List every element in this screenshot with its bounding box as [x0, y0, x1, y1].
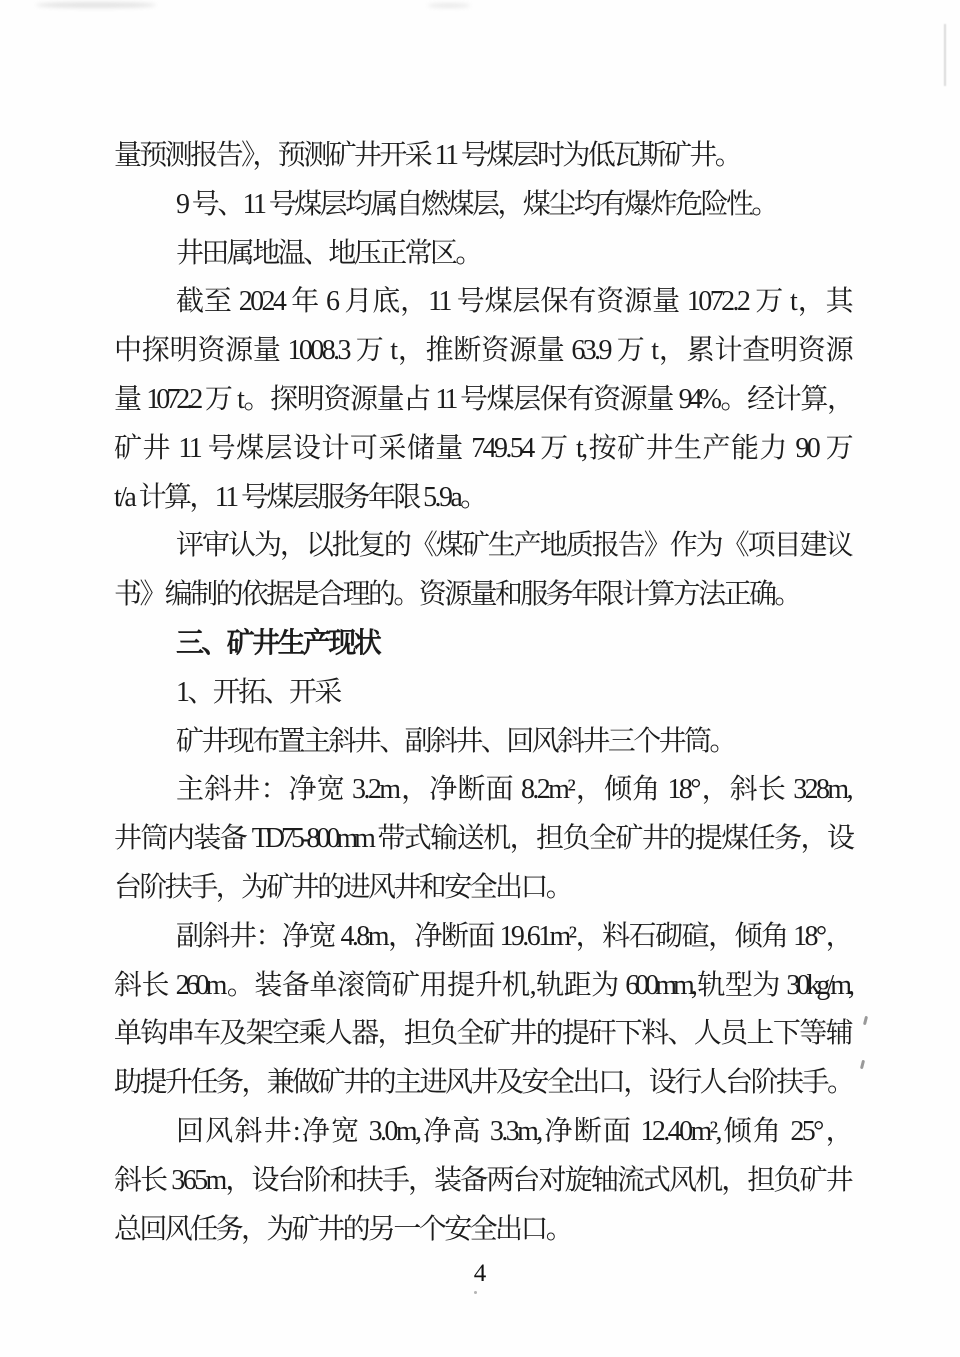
- text-line: 助提升任务，兼做矿井的主进风井及安全出口，设行人台阶扶手。: [114, 1059, 851, 1108]
- text-line: 矿井 11 号煤层设计可采储量 749.54 万 t,按矿井生产能力 90 万: [114, 425, 851, 474]
- text-line: 斜长 260m。装备单滚筒矿用提升机,轨距为 600mm,轨型为 30kg/m,: [114, 962, 851, 1011]
- text-line: 井田属地温、地压正常区。: [114, 230, 851, 279]
- section-heading: 三、矿井生产现状: [114, 620, 851, 669]
- text-line: 9 号、11 号煤层均属自燃煤层，煤尘均有爆炸危险性。: [114, 181, 851, 230]
- text-line: 台阶扶手，为矿井的进风井和安全出口。: [114, 864, 851, 913]
- scan-smudge: [428, 3, 470, 8]
- text-line: t/a 计算，11 号煤层服务年限 5.9a。: [114, 474, 851, 523]
- document-body: 量预测报告》，预测矿井开采 11 号煤层时为低瓦斯矿井。 9 号、11 号煤层均…: [114, 132, 851, 1254]
- text-line: 评审认为，以批复的《煤矿生产地质报告》作为《项目建议: [114, 522, 851, 571]
- text-line: 书》编制的依据是合理的。资源量和服务年限计算方法正确。: [114, 571, 851, 620]
- list-heading: 1、开拓、开采: [114, 669, 851, 718]
- scan-speck: [860, 1060, 865, 1069]
- text-line: 回风斜井:净宽 3.0m,净高 3.3m,净断面 12.40m²,倾角 25°，: [114, 1108, 851, 1157]
- scan-speck: [863, 1016, 868, 1025]
- text-line: 总回风任务，为矿井的另一个安全出口。: [114, 1206, 851, 1255]
- text-line: 斜长 365m，设台阶和扶手，装备两台对旋轴流式风机，担负矿井: [114, 1157, 851, 1206]
- text-line: 量 1072.2 万 t。探明资源量占 11 号煤层保有资源量 94%。经计算，: [114, 376, 851, 425]
- text-line: 副斜井：净宽 4.8m，净断面 19.61m²，料石砌碹，倾角 18°，: [114, 913, 851, 962]
- text-line: 矿井现布置主斜井、副斜井、回风斜井三个井筒。: [114, 718, 851, 767]
- page-number: 4: [0, 1260, 960, 1288]
- text-line: 单钩串车及架空乘人器，担负全矿井的提矸下料、人员上下等辅: [114, 1010, 851, 1059]
- scan-smudge: [36, 2, 156, 8]
- text-line: 主斜井：净宽 3.2m，净断面 8.2m²，倾角 18°，斜长 328m,: [114, 766, 851, 815]
- document-page: 量预测报告》，预测矿井开采 11 号煤层时为低瓦斯矿井。 9 号、11 号煤层均…: [0, 0, 960, 1357]
- text-line: 中探明资源量 1008.3 万 t，推断资源量 63.9 万 t，累计查明资源: [114, 327, 851, 376]
- text-line: 井筒内装备 TD75-800mm 带式输送机，担负全矿井的提煤任务，设: [114, 815, 851, 864]
- scan-speck: [474, 1291, 477, 1294]
- scan-edge-mark: [944, 24, 946, 86]
- text-line: 量预测报告》，预测矿井开采 11 号煤层时为低瓦斯矿井。: [114, 132, 851, 181]
- text-line: 截至 2024 年 6 月底，11 号煤层保有资源量 1072.2 万 t，其: [114, 278, 851, 327]
